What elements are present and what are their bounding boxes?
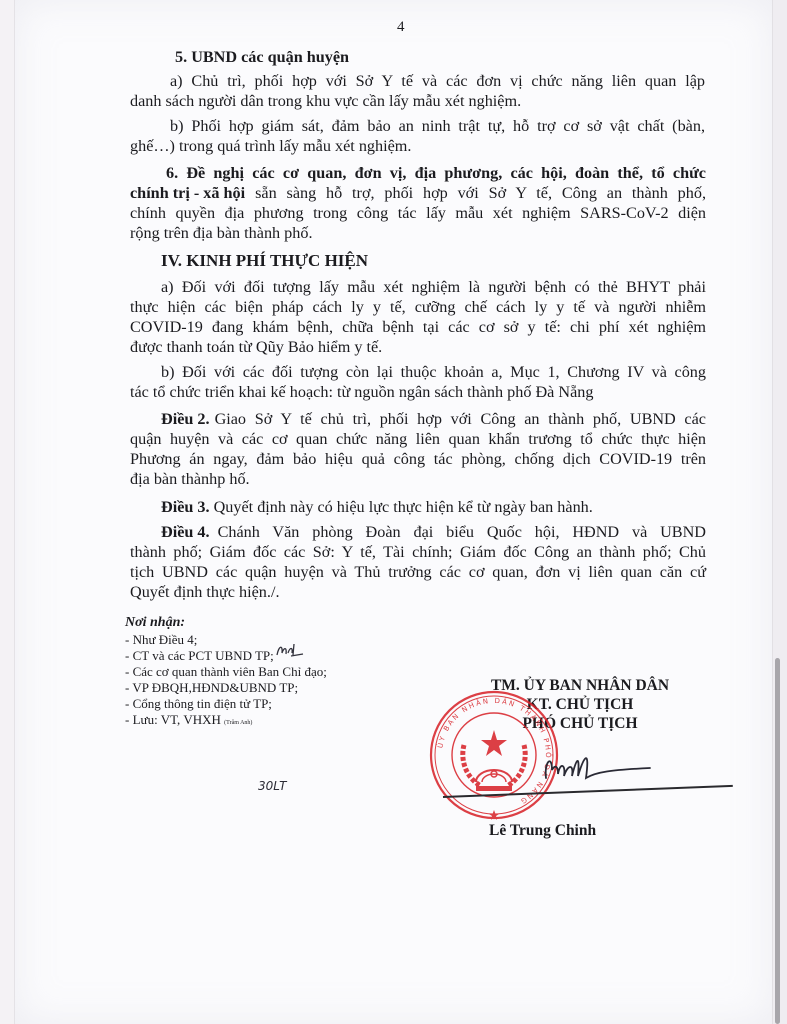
section-5b-line1: b) Phối hợp giám sát, đảm bảo an ninh tr…	[170, 117, 705, 135]
left-margin	[0, 0, 15, 1024]
handwritten-count: 30LT	[258, 779, 286, 793]
document-page: 4 5. UBND các quận huyện a) Chủ trì, phố…	[15, 0, 772, 1024]
article-4-line2: thành phố; Giám đốc các Sở: Y tế, Tài ch…	[130, 543, 706, 561]
handwritten-signature-icon	[540, 742, 680, 792]
section-iva-line2: thực hiện các biện pháp cách ly y tế, cư…	[130, 298, 706, 316]
section-6-line2-rest: sẵn sàng hỗ trợ, phối hợp với Sở Y tế, C…	[255, 184, 706, 202]
page-number: 4	[397, 18, 405, 36]
article-2-label: Điều 2.	[161, 410, 210, 428]
section-6-line2: chính trị - xã hội sẵn sàng hỗ trợ, phối…	[130, 184, 706, 202]
section-6-line3: chính quyền địa phương trong công tác lấ…	[130, 204, 706, 222]
section-5a-line2: danh sách người dân trong khu vực cần lấ…	[130, 92, 521, 110]
recipient-item: - VP ĐBQH,HĐND&UBND TP;	[125, 680, 298, 695]
section-iva-line1: a) Đối với đối tượng lấy mẫu xét nghiệm …	[161, 278, 706, 296]
section-6-bold: chính trị - xã hội	[130, 184, 245, 202]
article-2-line1-rest: Giao Sở Y tế chủ trì, phối hợp với Công …	[215, 410, 706, 428]
section-ivb-line2: tác tổ chức triển khai kế hoạch: từ nguồ…	[130, 383, 593, 401]
article-4-line3: tịch UBND các quận huyện và Thủ trưởng c…	[130, 563, 706, 581]
section-iva-line4: được thanh toán từ Qũy Bảo hiểm y tế.	[130, 338, 382, 356]
recipient-item: - Cổng thông tin điện tử TP;	[125, 696, 272, 711]
section-ivb-line1: b) Đối với các đối tượng còn lại thuộc k…	[161, 363, 706, 381]
article-2-line4: địa bàn thànhp hố.	[130, 470, 250, 488]
section-6-line4: rộng trên địa bàn thành phố.	[130, 224, 313, 242]
section-5a-line1: a) Chủ trì, phối hợp với Sở Y tế và các …	[170, 72, 705, 90]
article-4-label: Điều 4.	[161, 523, 210, 541]
article-2-line1: Điều 2. Giao Sở Y tế chủ trì, phối hợp v…	[161, 410, 706, 428]
article-3-label: Điều 3.	[161, 498, 210, 516]
section-iva-line3: COVID-19 đang khám bệnh, chữa bệnh tại c…	[130, 318, 706, 336]
section-6-line1: 6. Đề nghị các cơ quan, đơn vị, địa phươ…	[166, 164, 706, 182]
section-5b-line2: ghế…) trong quá trình lấy mẫu xét nghiệm…	[130, 137, 411, 155]
recipient-item: - Lưu: VT, VHXH (Trâm Anh)	[125, 712, 252, 731]
recipients-heading: Nơi nhận:	[125, 615, 185, 630]
article-2-line3: Phương án ngay, đảm bảo hiệu quả công tá…	[130, 450, 706, 468]
section-iv-heading: IV. KINH PHÍ THỰC HIỆN	[161, 252, 368, 270]
scrollbar-thumb[interactable]	[775, 658, 780, 1024]
signer-name: Lê Trung Chinh	[489, 822, 596, 840]
article-3: Điều 3. Quyết định này có hiệu lực thực …	[161, 498, 593, 516]
section-5-heading: 5. UBND các quận huyện	[175, 48, 349, 66]
recipient-item: - Như Điều 4;	[125, 632, 197, 647]
initials-mark-icon	[275, 641, 305, 659]
archive-note: (Trâm Anh)	[224, 720, 252, 726]
article-4-line1-rest: Chánh Văn phòng Đoàn đại biểu Quốc hội, …	[218, 523, 706, 541]
article-2-line2: quận huyện và các cơ quan chức năng liên…	[130, 430, 706, 448]
recipient-item: - Các cơ quan thành viên Ban Chỉ đạo;	[125, 664, 327, 679]
article-4-line4: Quyết định thực hiện./.	[130, 583, 280, 601]
recipient-archive: - Lưu: VT, VHXH	[125, 712, 221, 727]
article-4-line1: Điều 4. Chánh Văn phòng Đoàn đại biểu Qu…	[161, 523, 706, 541]
recipient-item: - CT và các PCT UBND TP;	[125, 648, 274, 663]
article-3-text: Quyết định này có hiệu lực thực hiện kể …	[214, 498, 593, 516]
